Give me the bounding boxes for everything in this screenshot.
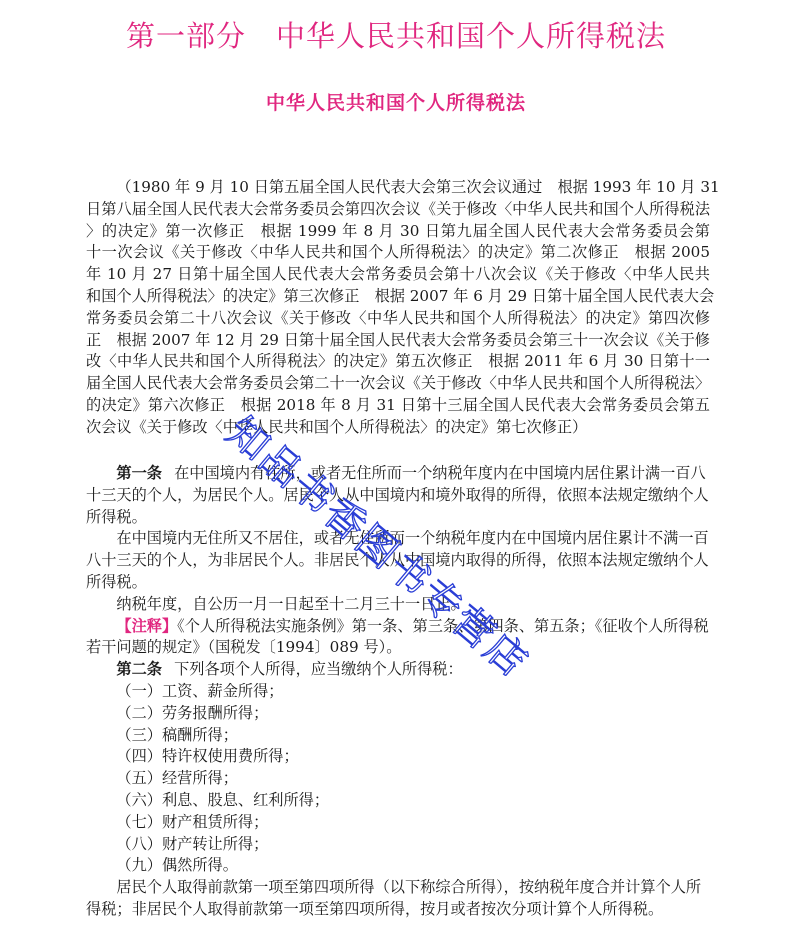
note-tag: 【注释】 — [116, 617, 177, 635]
preamble-line: 日第八届全国人民代表大会常务委员会第四次会议《关于修改〈中华人民共和国个人所得税… — [86, 199, 710, 221]
part-title-text: 中华人民共和国个人所得税法 — [276, 19, 666, 53]
income-item: （八）财产转让所得； — [86, 834, 710, 856]
article-2-closing: 居民个人取得前款第一项至第四项所得（以下称综合所得），按纳税年度合并计算个人所得… — [86, 877, 710, 921]
preamble-line: 年 10 月 27 日第十届全国人民代表大会常务委员会第十八次会议《关于修改〈中… — [86, 264, 710, 286]
article-1-label: 第一条 — [116, 464, 162, 482]
article-2-label: 第二条 — [116, 660, 162, 678]
income-item: （五）经营所得； — [86, 768, 710, 790]
preamble-line: （1980 年 9 月 10 日第五届全国人民代表大会第三次会议通过 根据 19… — [86, 177, 710, 199]
preamble-line: 届全国人民代表大会常务委员会第二十一次会议《关于修改〈中华人民共和国个人所得税法… — [86, 373, 710, 395]
preamble-line: 十一次会议《关于修改〈中华人民共和国个人所得税法〉的决定》第二次修正 根据 20… — [86, 242, 710, 264]
income-item: （七）财产租赁所得； — [86, 812, 710, 834]
income-item: （六）利息、股息、红利所得； — [86, 790, 710, 812]
note-text: 《个人所得税法实施条例》第一条、第三条、第四条、第五条；《征收个人所得税若干问题… — [86, 617, 709, 657]
income-item: （三）稿酬所得； — [86, 725, 710, 747]
income-item: （九）偶然所得。 — [86, 855, 710, 877]
preamble-line: 改〈中华人民共和国个人所得税法〉的决定》第五次修正 根据 2011 年 6 月 … — [86, 351, 710, 373]
law-title: 中华人民共和国个人所得税法 — [0, 88, 792, 115]
part-title: 第一部分中华人民共和国个人所得税法 — [0, 14, 792, 55]
preamble-line: 常务委员会第二十八次会议《关于修改〈中华人民共和国个人所得税法〉的决定》第四次修 — [86, 308, 710, 330]
article-1-note: 【注释】《个人所得税法实施条例》第一条、第三条、第四条、第五条；《征收个人所得税… — [86, 616, 710, 660]
article-2-intro-text: 下列各项个人所得，应当缴纳个人所得税： — [174, 660, 463, 678]
preamble-line: 的决定》第六次修正 根据 2018 年 8 月 31 日第十三届全国人民代表大会… — [86, 395, 710, 417]
article-1-paragraph-3: 纳税年度，自公历一月一日起至十二月三十一日止。 — [86, 594, 710, 616]
preamble-line: 正 根据 2007 年 12 月 29 日第十届全国人民代表大会常务委员会第三十… — [86, 330, 710, 352]
income-item: （一）工资、薪金所得； — [86, 681, 710, 703]
part-label: 第一部分 — [126, 19, 246, 53]
income-item: （二）劳务报酬所得； — [86, 703, 710, 725]
preamble-line: 次会议《关于修改〈中华人民共和国个人所得税法〉的决定》第七次修正） — [86, 417, 710, 439]
article-1-text: 在中国境内有住所，或者无住所而一个纳税年度内在中国境内居住累计满一百八十三天的个… — [86, 464, 709, 526]
article-2-intro: 第二条下列各项个人所得，应当缴纳个人所得税： — [86, 659, 710, 681]
legislative-history-preamble: （1980 年 9 月 10 日第五届全国人民代表大会第三次会议通过 根据 19… — [86, 177, 710, 439]
article-1-paragraph-2: 在中国境内无住所又不居住，或者无住所而一个纳税年度内在中国境内居住累计不满一百八… — [86, 528, 710, 593]
article-1-paragraph-1: 第一条在中国境内有住所，或者无住所而一个纳税年度内在中国境内居住累计满一百八十三… — [86, 463, 710, 528]
income-item: （四）特许权使用费所得； — [86, 746, 710, 768]
preamble-line: 〉的决定》第一次修正 根据 1999 年 8 月 30 日第九届全国人民代表大会… — [86, 221, 710, 243]
preamble-line: 和国个人所得税法〉的决定》第三次修正 根据 2007 年 6 月 29 日第十届… — [86, 286, 710, 308]
law-body: 第一条在中国境内有住所，或者无住所而一个纳税年度内在中国境内居住累计满一百八十三… — [86, 463, 710, 921]
